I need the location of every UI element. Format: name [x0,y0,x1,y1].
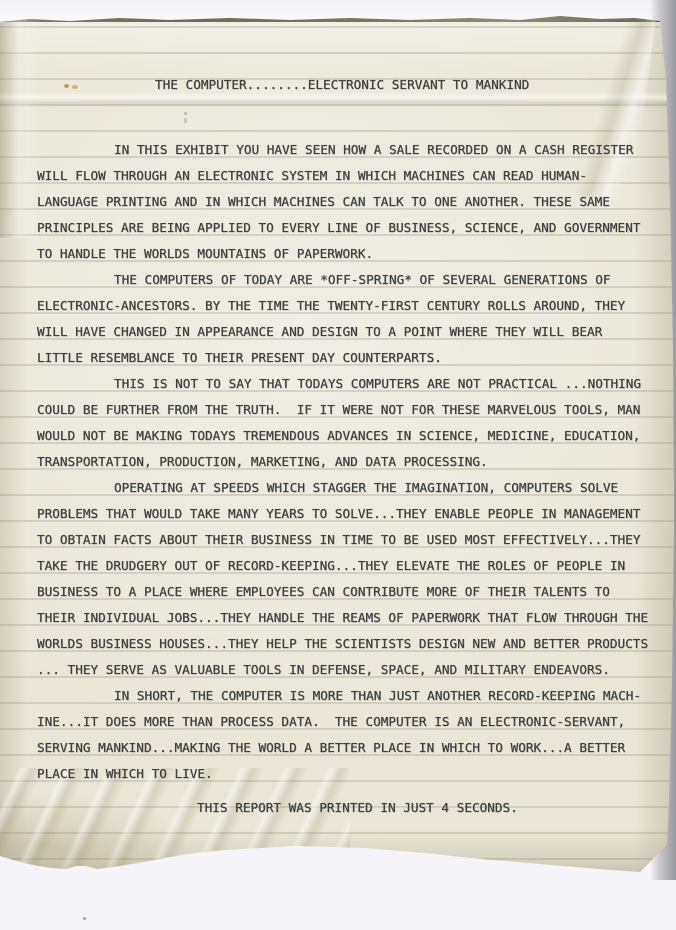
document-footer: THIS REPORT WAS PRINTED IN JUST 4 SECOND… [197,795,518,821]
text-line: TO OBTAIN FACTS ABOUT THEIR BUSINESS IN … [37,527,667,553]
paper-sheet: THE COMPUTER........ELECTRONIC SERVANT T… [0,0,676,930]
text-line: WOULD NOT BE MAKING TODAYS TREMENDOUS AD… [37,423,667,449]
text-line: INE...IT DOES MORE THAN PROCESS DATA. TH… [37,709,667,735]
typewritten-text: THE COMPUTER........ELECTRONIC SERVANT T… [0,0,676,930]
text-line: WORLDS BUSINESS HOUSES...THEY HELP THE S… [37,631,667,657]
scanned-document: THE COMPUTER........ELECTRONIC SERVANT T… [0,0,676,930]
text-line: ELECTRONIC-ANCESTORS. BY THE TIME THE TW… [37,293,667,319]
paper-speck [83,917,86,920]
text-line: PRINCIPLES ARE BEING APPLIED TO EVERY LI… [37,215,667,241]
text-line: PLACE IN WHICH TO LIVE. [37,761,667,787]
text-line: IN SHORT, THE COMPUTER IS MORE THAN JUST… [37,683,667,709]
text-line: SERVING MANKIND...MAKING THE WORLD A BET… [37,735,667,761]
text-line: THE COMPUTERS OF TODAY ARE *OFF-SPRING* … [37,267,667,293]
text-line: TRANSPORTATION, PRODUCTION, MARKETING, A… [37,449,667,475]
text-line: THEIR INDIVIDUAL JOBS...THEY HANDLE THE … [37,605,667,631]
text-line: THIS IS NOT TO SAY THAT TODAYS COMPUTERS… [37,371,667,397]
text-line: PROBLEMS THAT WOULD TAKE MANY YEARS TO S… [37,501,667,527]
text-line: TO HANDLE THE WORLDS MOUNTAINS OF PAPERW… [37,241,667,267]
text-line: LITTLE RESEMBLANCE TO THEIR PRESENT DAY … [37,345,667,371]
document-title: THE COMPUTER........ELECTRONIC SERVANT T… [155,72,529,98]
text-line: COULD BE FURTHER FROM THE TRUTH. IF IT W… [37,397,667,423]
text-line: OPERATING AT SPEEDS WHICH STAGGER THE IM… [37,475,667,501]
text-line: WILL HAVE CHANGED IN APPEARANCE AND DESI… [37,319,667,345]
text-line: WILL FLOW THROUGH AN ELECTRONIC SYSTEM I… [37,163,667,189]
text-line: LANGUAGE PRINTING AND IN WHICH MACHINES … [37,189,667,215]
document-body: IN THIS EXHIBIT YOU HAVE SEEN HOW A SALE… [37,137,667,787]
text-line: IN THIS EXHIBIT YOU HAVE SEEN HOW A SALE… [37,137,667,163]
text-line: BUSINESS TO A PLACE WHERE EMPLOYEES CAN … [37,579,667,605]
text-line: ... THEY SERVE AS VALUABLE TOOLS IN DEFE… [37,657,667,683]
text-line: TAKE THE DRUDGERY OUT OF RECORD-KEEPING.… [37,553,667,579]
